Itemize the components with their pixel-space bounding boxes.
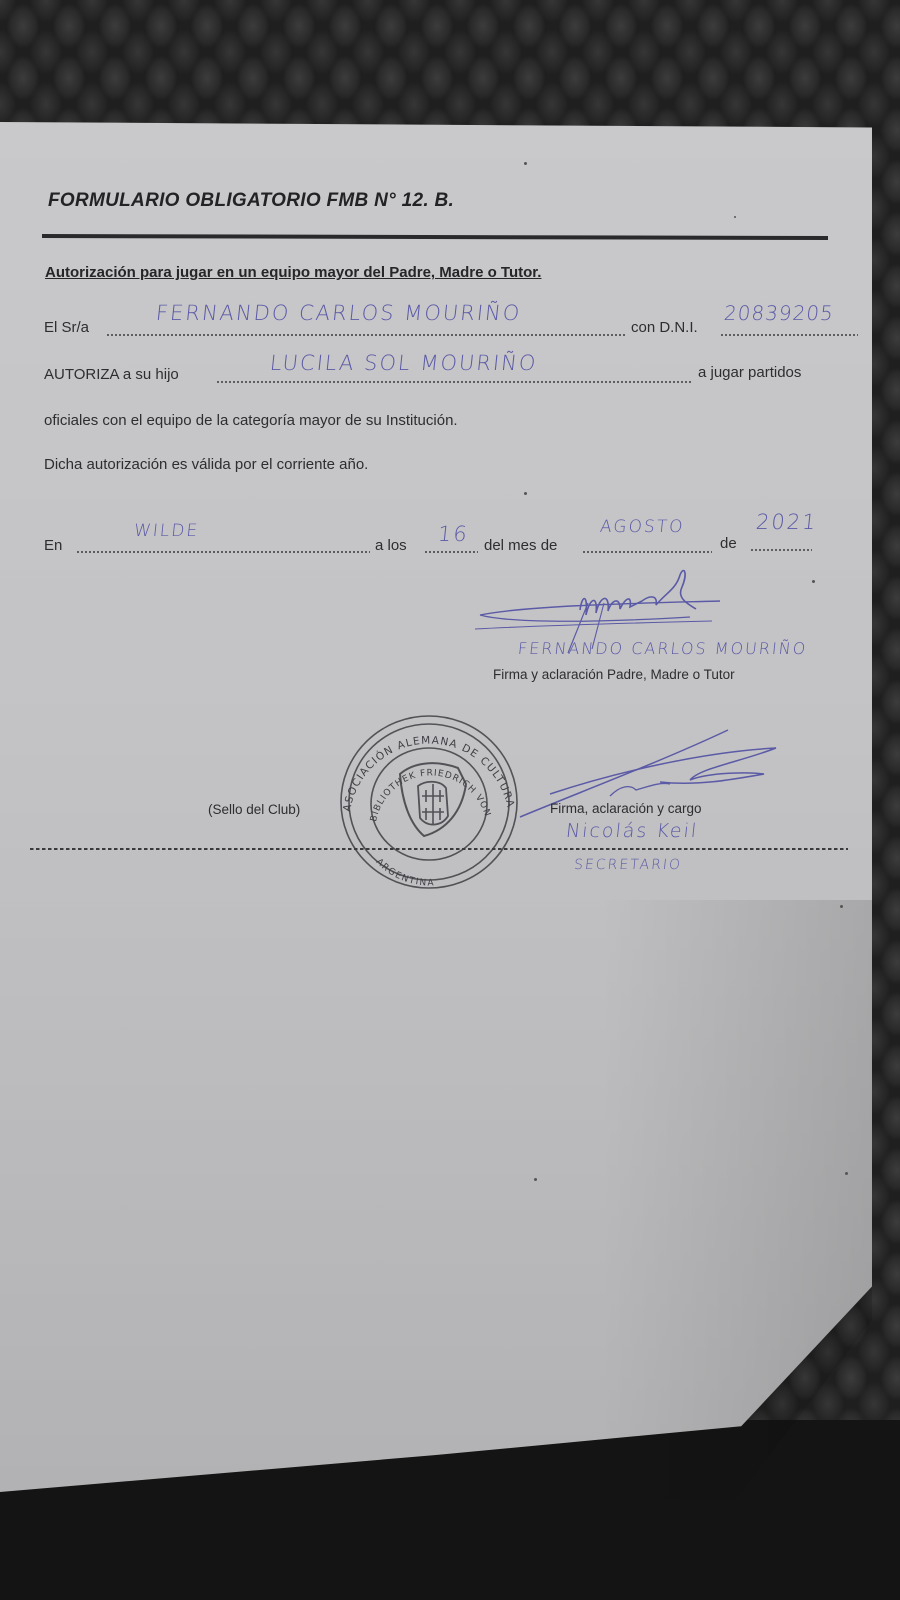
place-dotted-line	[76, 551, 370, 553]
year-field[interactable]: 2021	[755, 510, 819, 534]
official-matches-text: oficiales con el equipo de la categoría …	[44, 412, 458, 429]
paper-speck	[524, 162, 527, 165]
child-suffix-label: a jugar partidos	[698, 364, 801, 381]
place-label: En	[44, 537, 62, 554]
paper-speck	[845, 1172, 848, 1175]
parent-name-field[interactable]: FERNANDO CARLOS MOURIÑO	[155, 301, 523, 325]
club-stamp-label: (Sello del Club)	[208, 802, 300, 817]
day-field[interactable]: 16	[437, 522, 470, 546]
secretary-name-field[interactable]: Nicolás Keil	[565, 820, 699, 842]
parent-signature-scribble	[470, 565, 740, 645]
place-field[interactable]: WILDE	[133, 521, 200, 541]
parent-prefix-label: El Sr/a	[44, 319, 89, 336]
paper-speck	[734, 216, 736, 218]
paper-speck	[840, 905, 843, 908]
form-document: FORMULARIO OBLIGATORIO FMB N° 12. B. Aut…	[0, 0, 900, 1600]
day-dotted-line	[424, 551, 478, 553]
club-section-dashed-line	[30, 848, 848, 850]
secretary-signature-caption: Firma, aclaración y cargo	[550, 801, 702, 816]
stamp-bottom-text: ARGENTINA	[374, 857, 435, 888]
dni-dotted-line	[720, 334, 858, 336]
title-rule	[42, 234, 828, 240]
dni-field[interactable]: 20839205	[723, 301, 835, 325]
year-dotted-line	[750, 549, 812, 551]
paper-speck	[812, 580, 815, 583]
month-field[interactable]: AGOSTO	[599, 517, 686, 537]
day-label: a los	[375, 537, 407, 554]
svg-text:ARGENTINA: ARGENTINA	[374, 857, 435, 888]
form-subtitle: Autorización para jugar en un equipo may…	[45, 264, 541, 281]
parent-name-dotted-line	[106, 334, 626, 336]
child-prefix-label: AUTORIZA a su hijo	[44, 366, 179, 383]
parent-signature-caption: Firma y aclaración Padre, Madre o Tutor	[493, 667, 735, 682]
month-label: del mes de	[484, 537, 557, 554]
paper-speck	[534, 1178, 537, 1181]
club-stamp: ASOCIACIÓN ALEMANA DE CULTURA FÍSICA QUI…	[336, 712, 526, 894]
form-title: FORMULARIO OBLIGATORIO FMB N° 12. B.	[48, 190, 454, 212]
parent-clarification-field[interactable]: FERNANDO CARLOS MOURIÑO	[517, 639, 808, 658]
year-label: de	[720, 535, 737, 552]
child-name-dotted-line	[216, 381, 692, 383]
paper-speck	[524, 492, 527, 495]
validity-text: Dicha autorización es válida por el corr…	[44, 456, 368, 473]
child-name-field[interactable]: LUCILA SOL MOURIÑO	[269, 351, 539, 375]
month-dotted-line	[582, 551, 712, 553]
dni-label: con D.N.I.	[631, 319, 698, 336]
secretary-role-field[interactable]: SECRETARIO	[573, 857, 683, 873]
